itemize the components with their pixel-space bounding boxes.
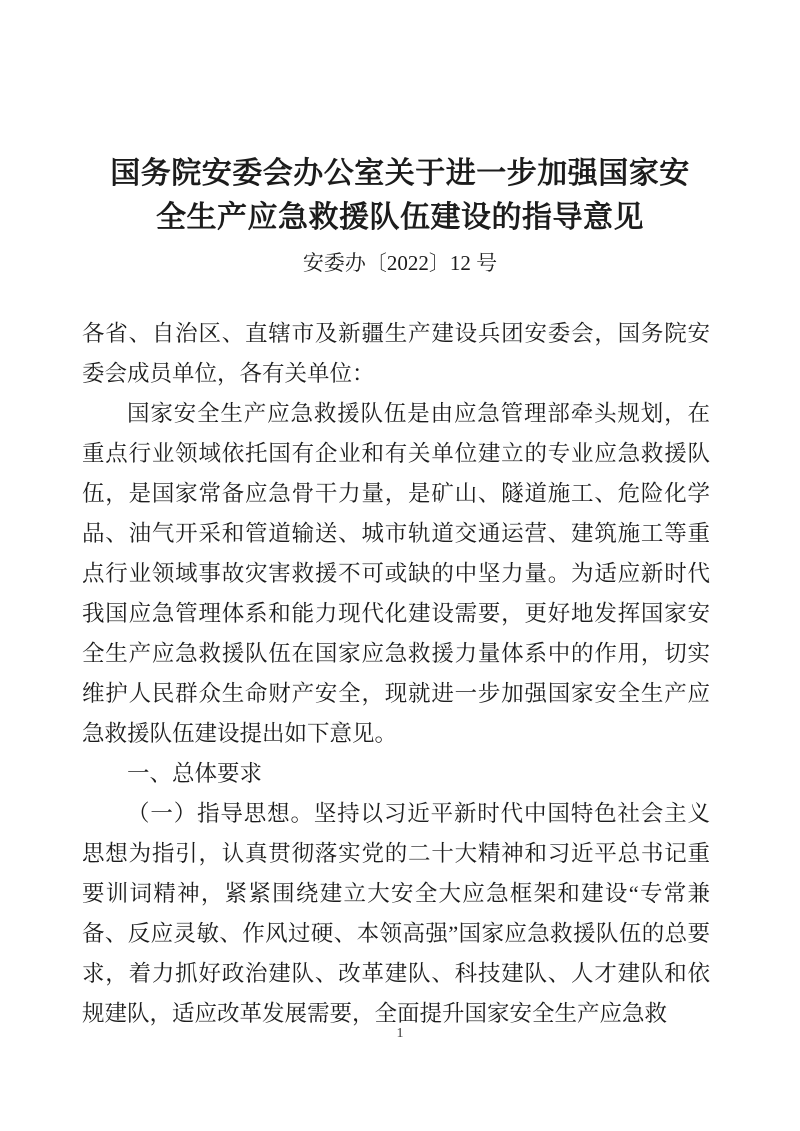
page-number: 1	[0, 1025, 800, 1043]
document-body: 各省、自治区、直辖市及新疆生产建设兵团安委会，国务院安委会成员单位，各有关单位：…	[82, 314, 710, 1034]
paragraph: （一）指导思想。坚持以习近平新时代中国特色社会主义思想为指引，认真贯彻落实党的二…	[82, 794, 710, 1034]
document-number: 安委办〔2022〕12 号	[0, 248, 800, 278]
document-title-line-1: 国务院安委会办公室关于进一步加强国家安	[58, 152, 742, 196]
paragraph: 国家安全生产应急救援队伍是由应急管理部牵头规划，在重点行业领域依托国有企业和有关…	[82, 394, 710, 754]
document-title-line-2: 全生产应急救援队伍建设的指导意见	[58, 196, 742, 240]
section-heading: 一、总体要求	[82, 754, 710, 794]
document-title: 国务院安委会办公室关于进一步加强国家安 全生产应急救援队伍建设的指导意见	[58, 152, 742, 240]
document-page: 国务院安委会办公室关于进一步加强国家安 全生产应急救援队伍建设的指导意见 安委办…	[0, 0, 800, 1131]
salutation: 各省、自治区、直辖市及新疆生产建设兵团安委会，国务院安委会成员单位，各有关单位：	[82, 314, 710, 394]
